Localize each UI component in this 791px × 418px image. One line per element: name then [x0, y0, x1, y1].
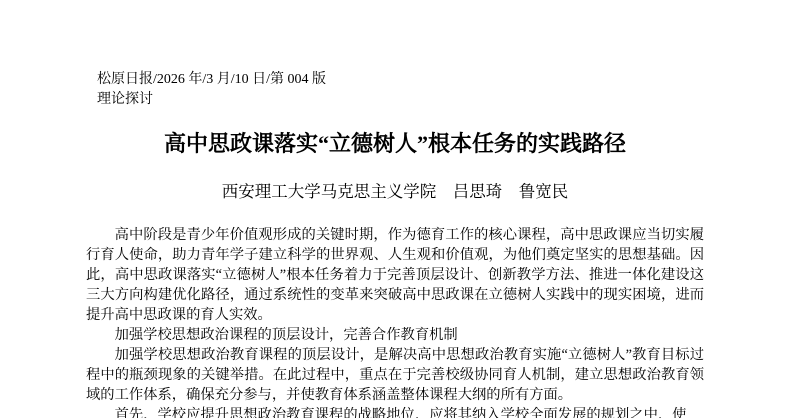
article-title: 高中思政课落实“立德树人”根本任务的实践路径 [86, 129, 704, 159]
newspaper-article-page: 松原日报/2026 年/3 月/10 日/第 004 版 理论探讨 高中思政课落… [0, 0, 791, 418]
masthead-section-label: 理论探讨 [97, 90, 326, 110]
masthead-source-line: 松原日报/2026 年/3 月/10 日/第 004 版 [97, 70, 326, 90]
masthead: 松原日报/2026 年/3 月/10 日/第 004 版 理论探讨 [97, 70, 326, 110]
article-body: 高中阶段是青少年价值观形成的关键时期，作为德育工作的核心课程，高中思政课应当切实… [86, 225, 704, 418]
paragraph-intro: 高中阶段是青少年价值观形成的关键时期，作为德育工作的核心课程，高中思政课应当切实… [86, 225, 704, 325]
section-subheading: 加强学校思想政治课程的顶层设计，完善合作教育机制 [86, 325, 704, 345]
paragraph-top-level-design: 加强学校思想政治教育课程的顶层设计，是解决高中思想政治教育实施“立德树人”教育目… [86, 345, 704, 405]
article-byline: 西安理工大学马克思主义学院 吕思琦 鲁宽民 [86, 182, 704, 202]
paragraph-strategic-position-clipped: 首先，学校应提升思想政治教育课程的战略地位，应将其纳入学校全面发展的规划之中，使 [86, 405, 704, 418]
